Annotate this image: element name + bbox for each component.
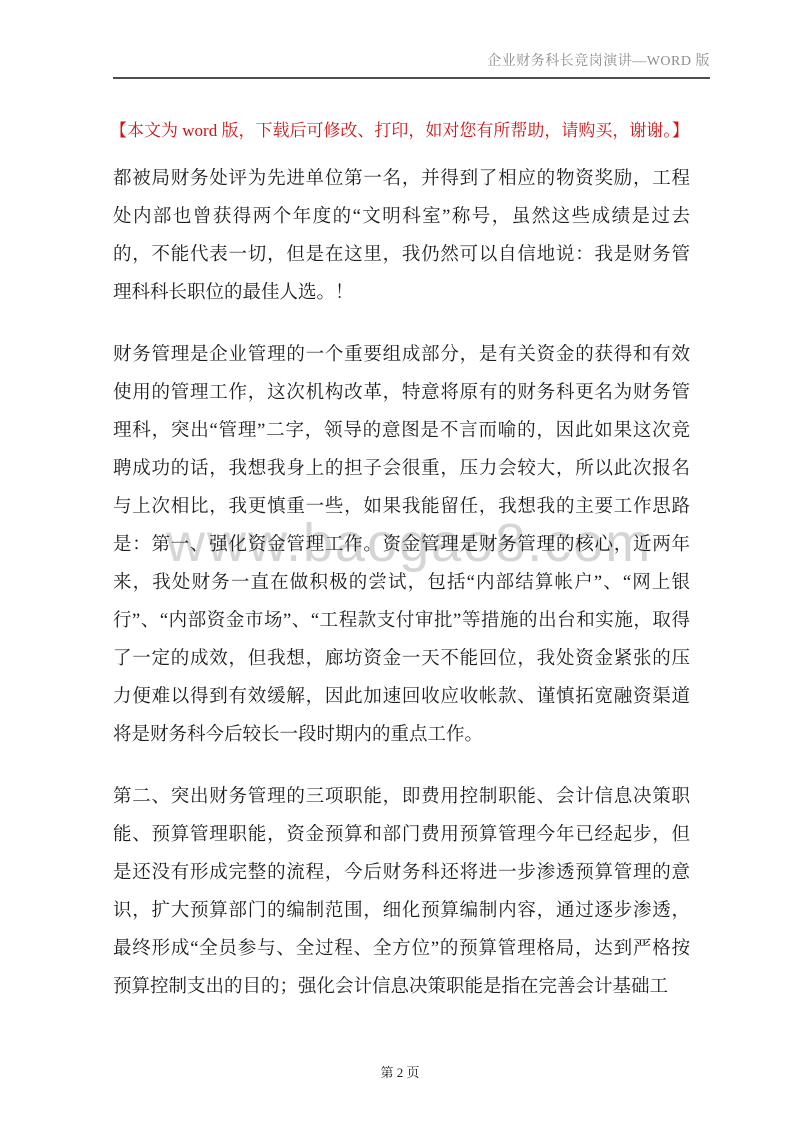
body-text-line: 聘成功的话，我想我身上的担子会很重，压力会较大，所以此次报名: [113, 450, 690, 488]
body-text-line: 的，不能代表一切，但是在这里，我仍然可以自信地说：我是财务管: [113, 236, 690, 274]
body-text-line: 第二、突出财务管理的三项职能，即费用控制职能、会计信息决策职: [113, 778, 690, 816]
body-text-line: 与上次相比，我更慎重一些，如果我能留任，我想我的主要工作思路: [113, 488, 690, 526]
document-page: 企业财务科长竞岗演讲—WORD 版 【本文为 word 版，下载后可修改、打印，…: [0, 0, 800, 1132]
body-text-line: 都被局财务处评为先进单位第一名，并得到了相应的物资奖励，工程: [113, 160, 690, 198]
body-paragraph: 财务管理是企业管理的一个重要组成部分，是有关资金的获得和有效使用的管理工作，这次…: [113, 336, 690, 754]
purchase-notice-text: 【本文为 word 版，下载后可修改、打印，如对您有所帮助，请购买，谢谢。】: [110, 116, 689, 141]
body-text-line: 财务管理是企业管理的一个重要组成部分，是有关资金的获得和有效: [113, 336, 690, 374]
body-paragraph: 都被局财务处评为先进单位第一名，并得到了相应的物资奖励，工程处内部也曾获得两个年…: [113, 160, 690, 312]
body-text-line: 理科科长职位的最佳人选。！: [113, 274, 690, 312]
body-text-line: 是：第一、强化资金管理工作。资金管理是财务管理的核心，近两年: [113, 526, 690, 564]
page-header-title: 企业财务科长竞岗演讲—WORD 版: [113, 50, 710, 79]
body-text-line: 识，扩大预算部门的编制范围，细化预算编制内容，通过逐步渗透，: [113, 892, 690, 930]
body-text-line: 最终形成“全员参与、全过程、全方位”的预算管理格局，达到严格按: [113, 930, 690, 968]
body-text-line: 是还没有形成完整的流程，今后财务科还将进一步渗透预算管理的意: [113, 854, 690, 892]
body-text-line: 处内部也曾获得两个年度的“文明科室”称号，虽然这些成绩是过去: [113, 198, 690, 236]
body-text-line: 使用的管理工作，这次机构改革，特意将原有的财务科更名为财务管: [113, 374, 690, 412]
body-text-line: 了一定的成效，但我想，廊坊资金一天不能回位，我处资金紧张的压: [113, 640, 690, 678]
body-text-line: 行”、“内部资金市场”、“工程款支付审批”等措施的出台和实施，取得: [113, 602, 690, 640]
body-text-line: 预算控制支出的目的；强化会计信息决策职能是指在完善会计基础工: [113, 968, 690, 1006]
body-paragraph: 第二、突出财务管理的三项职能，即费用控制职能、会计信息决策职能、预算管理职能，资…: [113, 778, 690, 1006]
body-text-line: 力便难以得到有效缓解，因此加速回收应收帐款、谨慎拓宽融资渠道: [113, 678, 690, 716]
body-text-line: 理科，突出“管理”二字，领导的意图是不言而喻的，因此如果这次竞: [113, 412, 690, 450]
document-body: 都被局财务处评为先进单位第一名，并得到了相应的物资奖励，工程处内部也曾获得两个年…: [113, 160, 690, 1030]
body-text-line: 将是财务科今后较长一段时期内的重点工作。: [113, 716, 690, 754]
body-text-line: 能、预算管理职能，资金预算和部门费用预算管理今年已经起步，但: [113, 816, 690, 854]
page-number-footer: 第 2 页: [0, 1062, 800, 1081]
body-text-line: 来，我处财务一直在做积极的尝试，包括“内部结算帐户”、“网上银: [113, 564, 690, 602]
